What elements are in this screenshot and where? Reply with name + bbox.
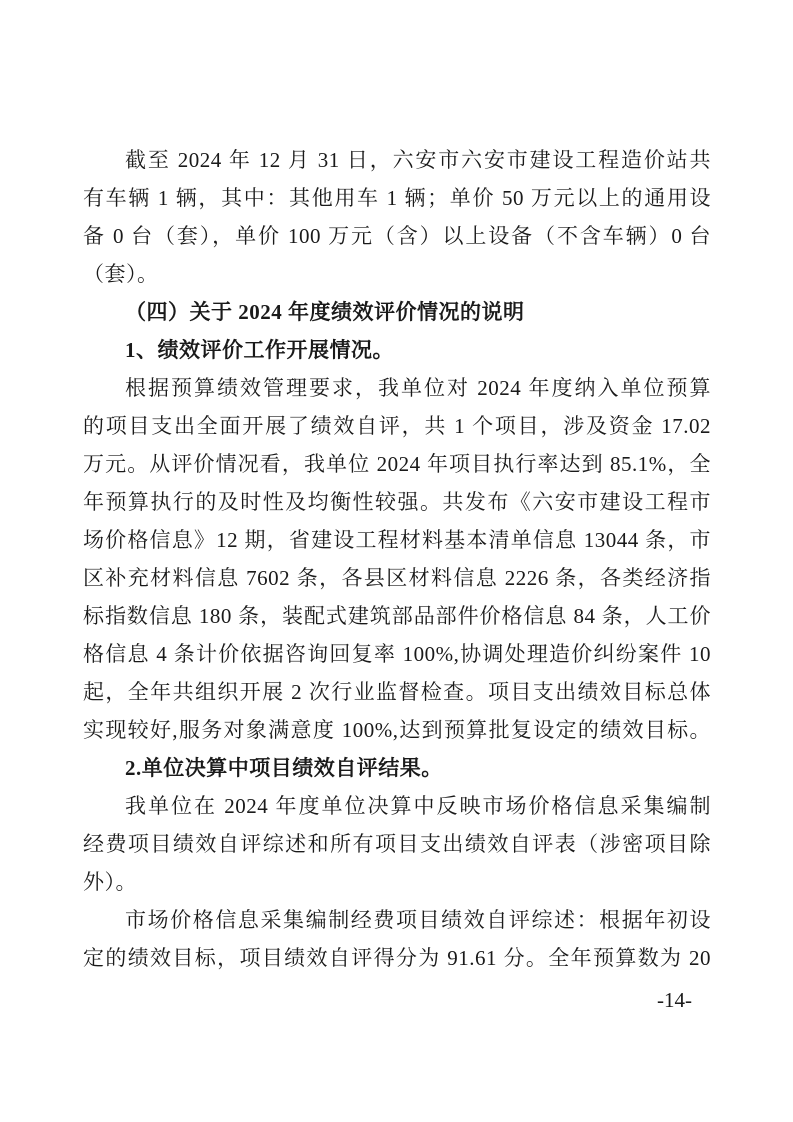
text-line: 场价格信息》12 期，省建设工程材料基本清单信息 13044 条，市 — [83, 521, 711, 559]
text-line: 外）。 — [83, 863, 711, 901]
document-page: 截至 2024 年 12 月 31 日，六安市六安市建设工程造价站共 有车辆 1… — [0, 0, 793, 1122]
paragraph-final-accounts: 我单位在 2024 年度单位决算中反映市场价格信息采集编制 经费项目绩效自评综述… — [83, 787, 711, 901]
text-line: 根据预算绩效管理要求，我单位对 2024 年度纳入单位预算 — [83, 369, 711, 407]
text-line: 区补充材料信息 7602 条，各县区材料信息 2226 条，各类经济指 — [83, 559, 711, 597]
text-line: 有车辆 1 辆，其中：其他用车 1 辆；单价 50 万元以上的通用设 — [83, 179, 711, 217]
page-number: -14- — [0, 988, 793, 1012]
paragraph-performance-evaluation: 根据预算绩效管理要求，我单位对 2024 年度纳入单位预算 的项目支出全面开展了… — [83, 369, 711, 749]
text-line: 截至 2024 年 12 月 31 日，六安市六安市建设工程造价站共 — [83, 141, 711, 179]
text-line: 定的绩效目标，项目绩效自评得分为 91.61 分。全年预算数为 20 — [83, 939, 711, 977]
paragraph-self-review-summary: 市场价格信息采集编制经费项目绩效自评综述：根据年初设 定的绩效目标，项目绩效自评… — [83, 901, 711, 977]
heading-section-4: （四）关于 2024 年度绩效评价情况的说明 — [83, 293, 711, 331]
text-line: 标指数信息 180 条，装配式建筑部品部件价格信息 84 条，人工价 — [83, 597, 711, 635]
text-line: 我单位在 2024 年度单位决算中反映市场价格信息采集编制 — [83, 787, 711, 825]
text-line: 起，全年共组织开展 2 次行业监督检查。项目支出绩效目标总体 — [83, 673, 711, 711]
text-line: 的项目支出全面开展了绩效自评，共 1 个项目，涉及资金 17.02 — [83, 407, 711, 445]
text-line: 经费项目绩效自评综述和所有项目支出绩效自评表（涉密项目除 — [83, 825, 711, 863]
heading-subsection-2: 2.单位决算中项目绩效自评结果。 — [83, 749, 711, 787]
text-line: 备 0 台（套），单价 100 万元（含）以上设备（不含车辆）0 台 — [83, 217, 711, 255]
text-line: 年预算执行的及时性及均衡性较强。共发布《六安市建设工程市 — [83, 483, 711, 521]
text-line: （套）。 — [83, 255, 711, 293]
text-line: 万元。从评价情况看，我单位 2024 年项目执行率达到 85.1%，全 — [83, 445, 711, 483]
paragraph-vehicles-equipment: 截至 2024 年 12 月 31 日，六安市六安市建设工程造价站共 有车辆 1… — [83, 141, 711, 293]
text-line: 实现较好,服务对象满意度 100%,达到预算批复设定的绩效目标。 — [83, 711, 711, 749]
heading-subsection-1: 1、绩效评价工作开展情况。 — [83, 331, 711, 369]
text-line: 格信息 4 条计价依据咨询回复率 100%,协调处理造价纠纷案件 10 — [83, 635, 711, 673]
text-line: 市场价格信息采集编制经费项目绩效自评综述：根据年初设 — [83, 901, 711, 939]
document-body: 截至 2024 年 12 月 31 日，六安市六安市建设工程造价站共 有车辆 1… — [83, 141, 711, 977]
